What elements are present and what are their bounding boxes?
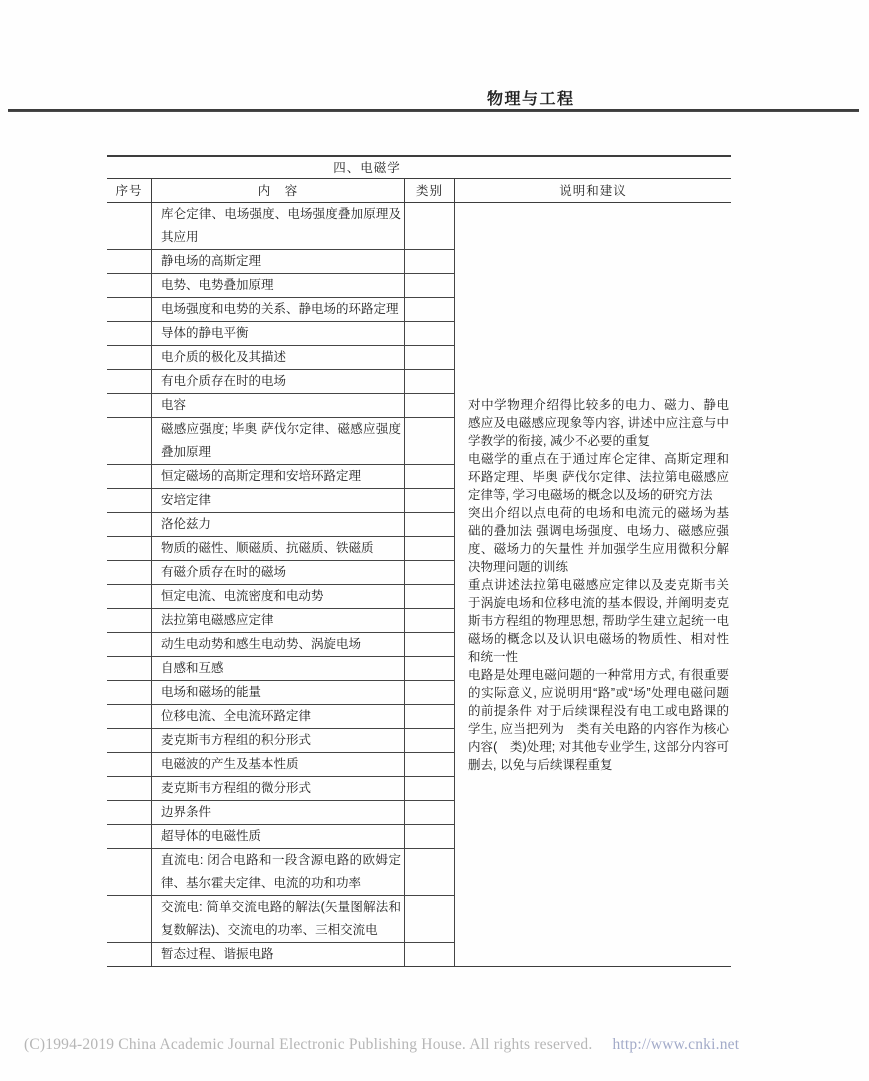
cell-category bbox=[405, 896, 455, 942]
cell-category bbox=[405, 465, 455, 488]
cell-category bbox=[405, 705, 455, 728]
cell-seq bbox=[107, 657, 152, 680]
cell-seq bbox=[107, 203, 152, 249]
table-row: 物质的磁性、顺磁质、抗磁质、铁磁质 bbox=[107, 537, 455, 561]
table-row: 麦克斯韦方程组的积分形式 bbox=[107, 729, 455, 753]
cell-category bbox=[405, 298, 455, 321]
cell-seq bbox=[107, 346, 152, 369]
cell-content: 超导体的电磁性质 bbox=[152, 825, 405, 848]
cell-category bbox=[405, 370, 455, 393]
cell-content: 暂态过程、谐振电路 bbox=[152, 943, 405, 966]
footer: (C)1994-2019 China Academic Journal Elec… bbox=[24, 1036, 739, 1054]
table-row: 安培定律 bbox=[107, 489, 455, 513]
cell-category bbox=[405, 513, 455, 536]
cell-content: 恒定磁场的高斯定理和安培环路定理 bbox=[152, 465, 405, 488]
notes-paragraph: 电磁学的重点在于通过库仑定律、高斯定理和环路定理、毕奥 萨伐尔定律、法拉第电磁感… bbox=[468, 450, 729, 504]
table-row: 库仑定律、电场强度、电场强度叠加原理及其应用 bbox=[107, 203, 455, 250]
table-row: 静电场的高斯定理 bbox=[107, 250, 455, 274]
cell-content: 电势、电势叠加原理 bbox=[152, 274, 405, 297]
cell-content: 自感和互感 bbox=[152, 657, 405, 680]
cell-category bbox=[405, 657, 455, 680]
cell-content: 直流电: 闭合电路和一段含源电路的欧姆定律、基尔霍夫定律、电流的功和功率 bbox=[152, 849, 405, 895]
cell-content: 位移电流、全电流环路定律 bbox=[152, 705, 405, 728]
cell-content: 安培定律 bbox=[152, 489, 405, 512]
cell-seq bbox=[107, 705, 152, 728]
cell-seq bbox=[107, 849, 152, 895]
notes-paragraph: 重点讲述法拉第电磁感应定律以及麦克斯韦关于涡旋电场和位移电流的基本假设, 并阐明… bbox=[468, 576, 729, 666]
table-row: 交流电: 简单交流电路的解法(矢量图解法和复数解法)、交流电的功率、三相交流电 bbox=[107, 896, 455, 943]
table-row: 位移电流、全电流环路定律 bbox=[107, 705, 455, 729]
cell-content: 法拉第电磁感应定律 bbox=[152, 609, 405, 632]
cell-content: 物质的磁性、顺磁质、抗磁质、铁磁质 bbox=[152, 537, 405, 560]
cell-seq bbox=[107, 801, 152, 824]
cell-content: 电磁波的产生及基本性质 bbox=[152, 753, 405, 776]
table-body: 库仑定律、电场强度、电场强度叠加原理及其应用静电场的高斯定理电势、电势叠加原理电… bbox=[107, 203, 731, 967]
cell-category bbox=[405, 489, 455, 512]
table-row: 有电介质存在时的电场 bbox=[107, 370, 455, 394]
cell-category bbox=[405, 849, 455, 895]
notes-paragraph: 电路是处理电磁问题的一种常用方式, 有很重要的实际意义, 应说明用“路”或“场”… bbox=[468, 666, 729, 774]
notes-cell: 对中学物理介绍得比较多的电力、磁力、静电感应及电磁感应现象等内容, 讲述中应注意… bbox=[455, 203, 731, 966]
cell-content: 麦克斯韦方程组的积分形式 bbox=[152, 729, 405, 752]
journal-title: 物理与工程 bbox=[487, 86, 575, 109]
cell-category bbox=[405, 394, 455, 417]
cell-seq bbox=[107, 250, 152, 273]
cell-seq bbox=[107, 753, 152, 776]
cell-content: 库仑定律、电场强度、电场强度叠加原理及其应用 bbox=[152, 203, 405, 249]
cell-seq bbox=[107, 729, 152, 752]
cell-category bbox=[405, 633, 455, 656]
cell-seq bbox=[107, 825, 152, 848]
cell-seq bbox=[107, 394, 152, 417]
cell-category bbox=[405, 943, 455, 966]
cell-category bbox=[405, 801, 455, 824]
table-row: 麦克斯韦方程组的微分形式 bbox=[107, 777, 455, 801]
cell-category bbox=[405, 203, 455, 249]
cell-content: 有电介质存在时的电场 bbox=[152, 370, 405, 393]
cell-content: 边界条件 bbox=[152, 801, 405, 824]
cell-category bbox=[405, 418, 455, 464]
cell-seq bbox=[107, 418, 152, 464]
table-row: 电势、电势叠加原理 bbox=[107, 274, 455, 298]
cell-seq bbox=[107, 609, 152, 632]
cell-category bbox=[405, 250, 455, 273]
cell-seq bbox=[107, 465, 152, 488]
cell-seq bbox=[107, 777, 152, 800]
cell-category bbox=[405, 753, 455, 776]
table-row: 法拉第电磁感应定律 bbox=[107, 609, 455, 633]
cell-category bbox=[405, 825, 455, 848]
table-row: 洛伦兹力 bbox=[107, 513, 455, 537]
curriculum-table: 四、电磁学 序号 内 容 类别 说明和建议 库仑定律、电场强度、电场强度叠加原理… bbox=[107, 155, 731, 967]
cell-content: 导体的静电平衡 bbox=[152, 322, 405, 345]
table-row: 电介质的极化及其描述 bbox=[107, 346, 455, 370]
cnki-url-link[interactable]: http://www.cnki.net bbox=[612, 1036, 739, 1053]
cell-category bbox=[405, 322, 455, 345]
cell-content: 有磁介质存在时的磁场 bbox=[152, 561, 405, 584]
table-row: 磁感应强度; 毕奥 萨伐尔定律、磁感应强度叠加原理 bbox=[107, 418, 455, 465]
col-header-content: 内 容 bbox=[152, 179, 405, 202]
cell-seq bbox=[107, 561, 152, 584]
cell-category bbox=[405, 609, 455, 632]
table-row: 恒定电流、电流密度和电动势 bbox=[107, 585, 455, 609]
table-row: 电场和磁场的能量 bbox=[107, 681, 455, 705]
table-row: 自感和互感 bbox=[107, 657, 455, 681]
cell-content: 电场强度和电势的关系、静电场的环路定理 bbox=[152, 298, 405, 321]
cell-seq bbox=[107, 370, 152, 393]
table-row: 电容 bbox=[107, 394, 455, 418]
section-title-text: 四、电磁学 bbox=[333, 161, 401, 175]
cell-category bbox=[405, 681, 455, 704]
cell-content: 恒定电流、电流密度和电动势 bbox=[152, 585, 405, 608]
table-row: 暂态过程、谐振电路 bbox=[107, 943, 455, 966]
table-row: 有磁介质存在时的磁场 bbox=[107, 561, 455, 585]
cell-seq bbox=[107, 585, 152, 608]
table-row: 恒定磁场的高斯定理和安培环路定理 bbox=[107, 465, 455, 489]
cell-content: 电场和磁场的能量 bbox=[152, 681, 405, 704]
cell-category bbox=[405, 561, 455, 584]
table-row: 边界条件 bbox=[107, 801, 455, 825]
table-row: 动生电动势和感生电动势、涡旋电场 bbox=[107, 633, 455, 657]
cell-category bbox=[405, 777, 455, 800]
cell-category bbox=[405, 537, 455, 560]
col-header-category: 类别 bbox=[405, 179, 455, 202]
cell-category bbox=[405, 346, 455, 369]
table-row: 电磁波的产生及基本性质 bbox=[107, 753, 455, 777]
content-rows: 库仑定律、电场强度、电场强度叠加原理及其应用静电场的高斯定理电势、电势叠加原理电… bbox=[107, 203, 455, 966]
cell-content: 电容 bbox=[152, 394, 405, 417]
table-section-title: 四、电磁学 bbox=[107, 157, 731, 179]
table-row: 电场强度和电势的关系、静电场的环路定理 bbox=[107, 298, 455, 322]
cell-seq bbox=[107, 513, 152, 536]
cell-content: 麦克斯韦方程组的微分形式 bbox=[152, 777, 405, 800]
table-row: 直流电: 闭合电路和一段含源电路的欧姆定律、基尔霍夫定律、电流的功和功率 bbox=[107, 849, 455, 896]
cell-content: 磁感应强度; 毕奥 萨伐尔定律、磁感应强度叠加原理 bbox=[152, 418, 405, 464]
col-header-notes: 说明和建议 bbox=[455, 179, 731, 202]
table-row: 超导体的电磁性质 bbox=[107, 825, 455, 849]
cell-seq bbox=[107, 489, 152, 512]
notes-paragraph: 突出介绍以点电荷的电场和电流元的磁场为基础的叠加法 强调电场强度、电场力、磁感应… bbox=[468, 504, 729, 576]
header-double-rule bbox=[8, 109, 859, 112]
cell-seq bbox=[107, 298, 152, 321]
cell-content: 静电场的高斯定理 bbox=[152, 250, 405, 273]
col-header-seq: 序号 bbox=[107, 179, 152, 202]
cell-seq bbox=[107, 274, 152, 297]
cell-category bbox=[405, 585, 455, 608]
cell-content: 电介质的极化及其描述 bbox=[152, 346, 405, 369]
cell-seq bbox=[107, 537, 152, 560]
table-header-row: 序号 内 容 类别 说明和建议 bbox=[107, 179, 731, 203]
cell-category bbox=[405, 729, 455, 752]
cell-seq bbox=[107, 322, 152, 345]
cell-content: 洛伦兹力 bbox=[152, 513, 405, 536]
cell-category bbox=[405, 274, 455, 297]
notes-paragraph: 对中学物理介绍得比较多的电力、磁力、静电感应及电磁感应现象等内容, 讲述中应注意… bbox=[468, 396, 729, 450]
table-row: 导体的静电平衡 bbox=[107, 322, 455, 346]
copyright-text: (C)1994-2019 China Academic Journal Elec… bbox=[24, 1036, 592, 1053]
cell-seq bbox=[107, 943, 152, 966]
cell-content: 动生电动势和感生电动势、涡旋电场 bbox=[152, 633, 405, 656]
cell-seq bbox=[107, 896, 152, 942]
cell-seq bbox=[107, 633, 152, 656]
cell-seq bbox=[107, 681, 152, 704]
cell-content: 交流电: 简单交流电路的解法(矢量图解法和复数解法)、交流电的功率、三相交流电 bbox=[152, 896, 405, 942]
